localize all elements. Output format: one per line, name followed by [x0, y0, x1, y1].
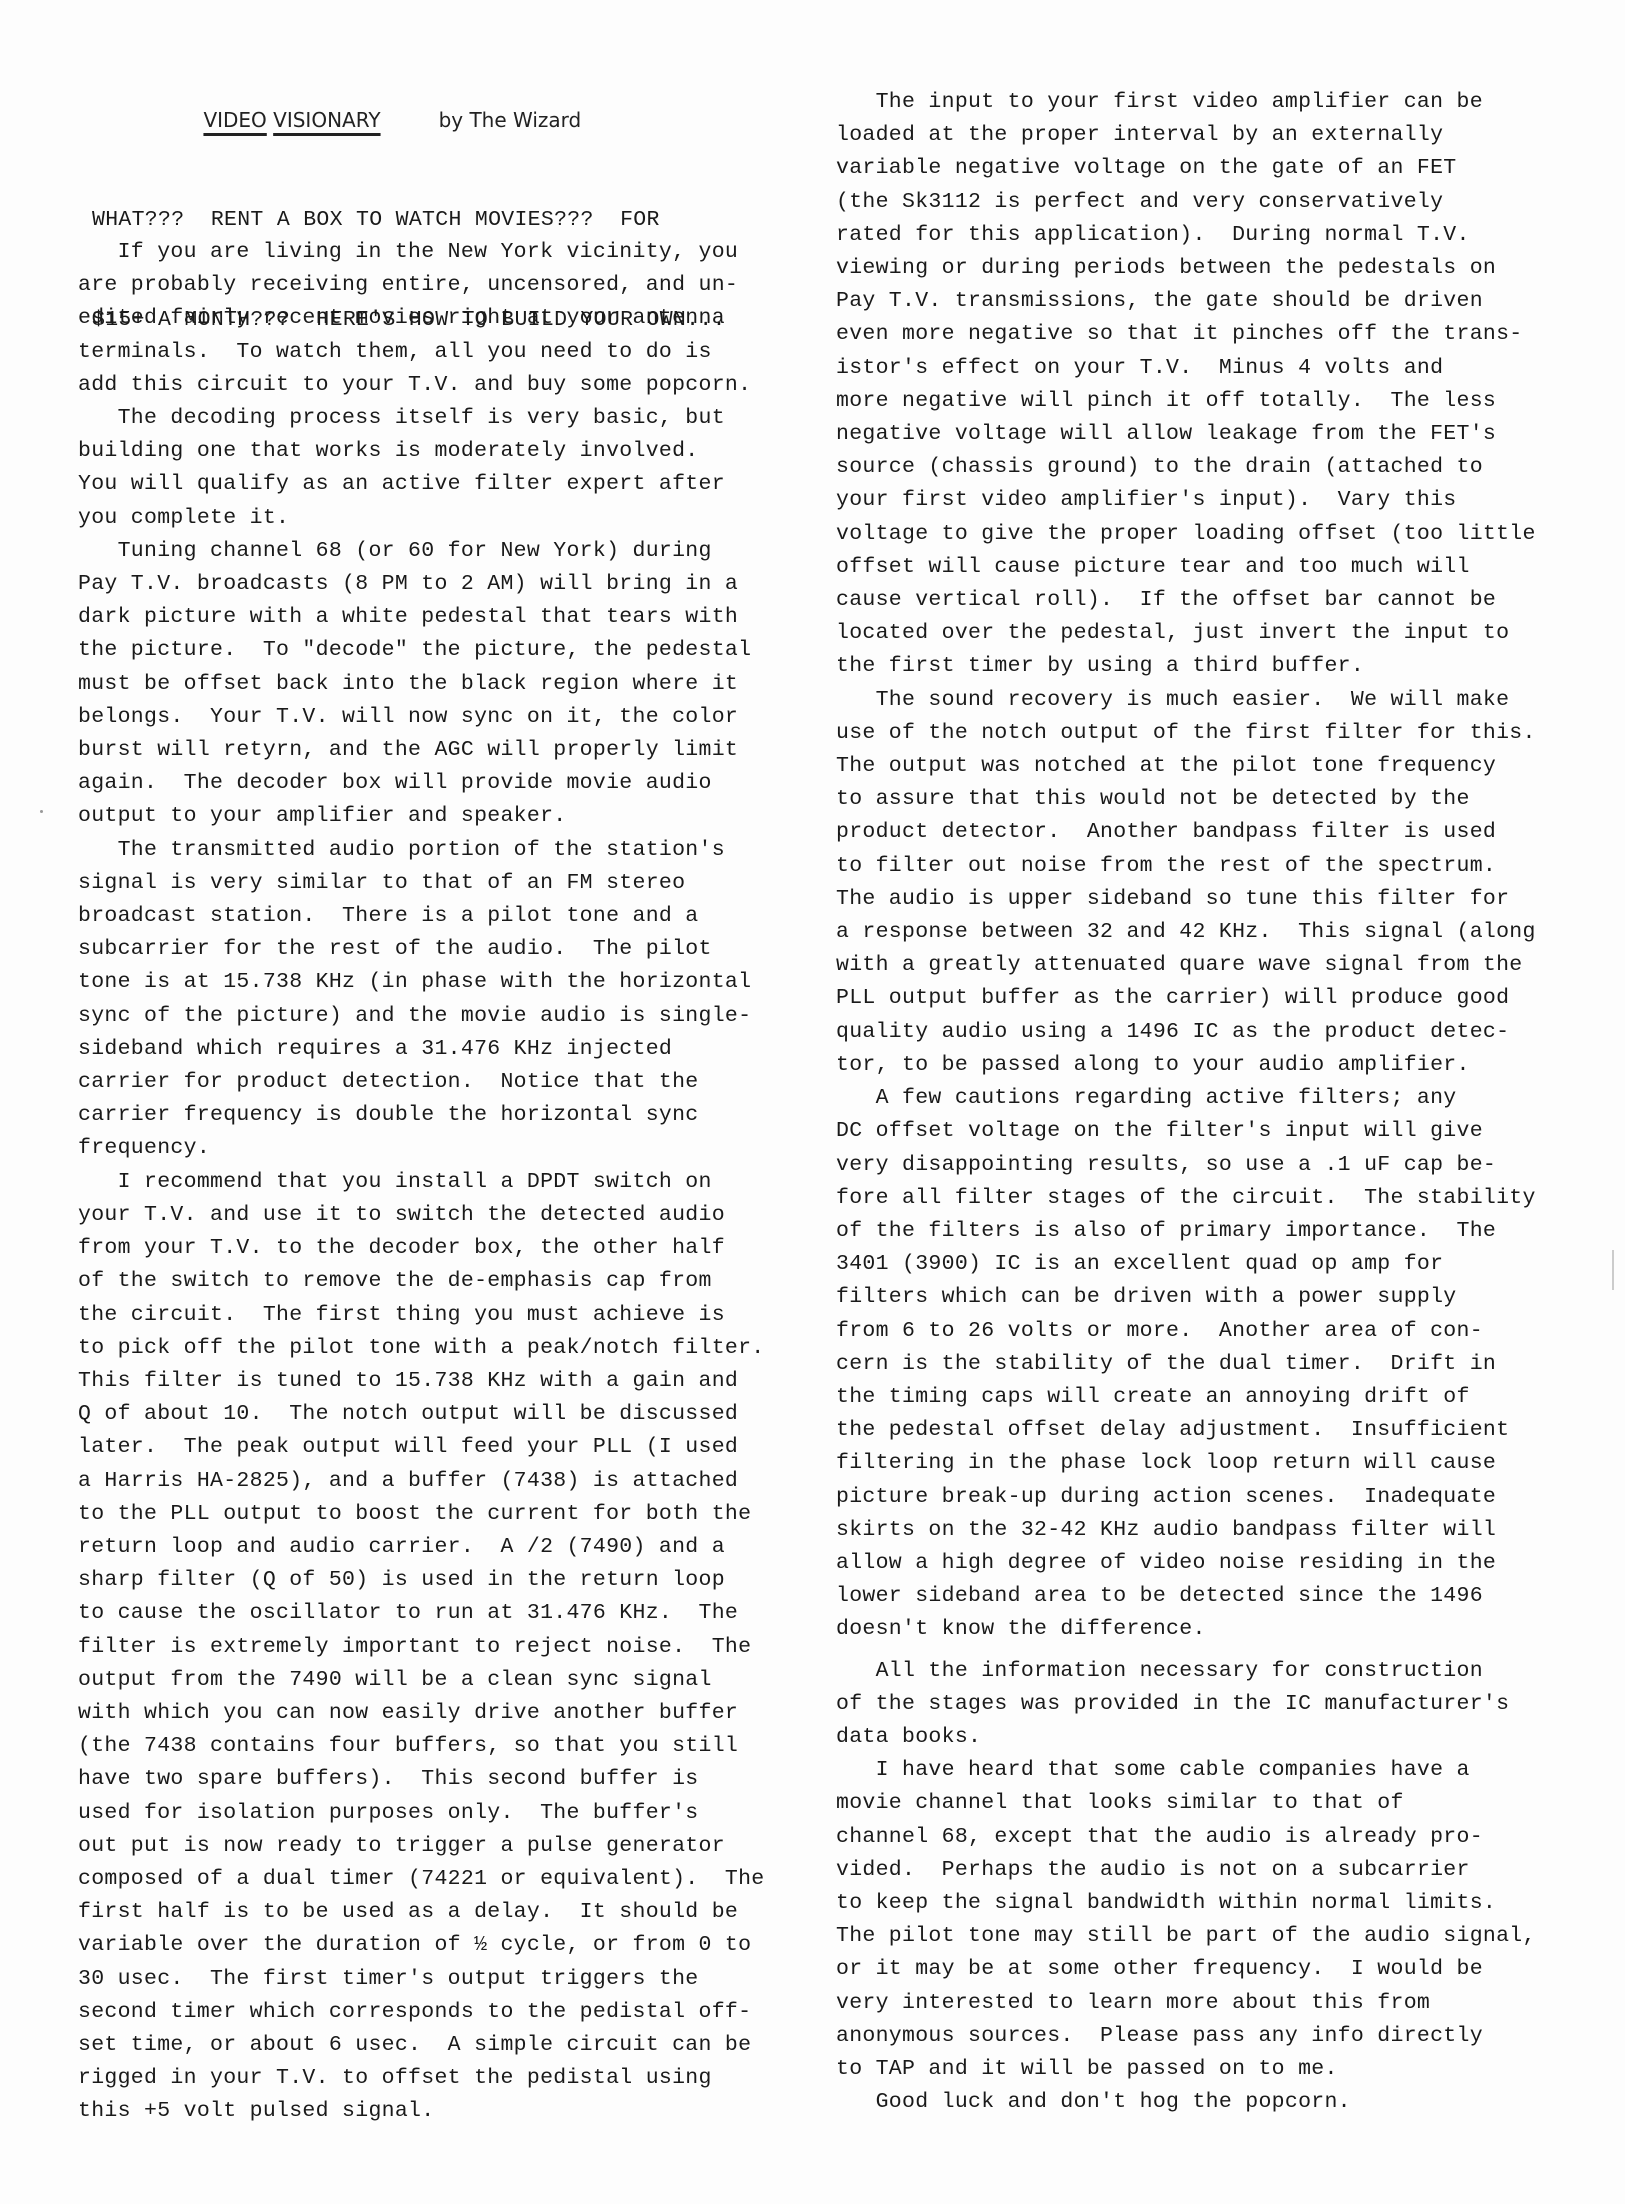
- text-line: second timer which corresponds to the pe…: [78, 1996, 798, 2029]
- text-line: (the 7438 contains four buffers, so that…: [78, 1730, 798, 1763]
- text-line: output from the 7490 will be a clean syn…: [78, 1664, 798, 1697]
- text-line: 3401 (3900) IC is an excellent quad op a…: [836, 1248, 1596, 1281]
- text-line: return loop and audio carrier. A /2 (749…: [78, 1531, 798, 1564]
- text-line: subcarrier for the rest of the audio. Th…: [78, 933, 798, 966]
- scan-speck: [40, 810, 43, 813]
- text-line: of the switch to remove the de-emphasis …: [78, 1265, 798, 1298]
- text-line: out put is now ready to trigger a pulse …: [78, 1830, 798, 1863]
- text-line: even more negative so that it pinches of…: [836, 318, 1596, 351]
- article-title-word-1: VIDEO: [203, 108, 266, 132]
- text-line: The input to your first video amplifier …: [836, 86, 1596, 119]
- text-line: If you are living in the New York vicini…: [78, 236, 798, 269]
- text-line: [836, 1647, 1596, 1655]
- article-byline: by The Wizard: [439, 108, 582, 132]
- text-line: vided. Perhaps the audio is not on a sub…: [836, 1854, 1596, 1887]
- text-line: DC offset voltage on the filter's input …: [836, 1115, 1596, 1148]
- text-line: to pick off the pilot tone with a peak/n…: [78, 1332, 798, 1365]
- text-line: located over the pedestal, just invert t…: [836, 617, 1596, 650]
- text-line: carrier for product detection. Notice th…: [78, 1066, 798, 1099]
- text-line: of the filters is also of primary import…: [836, 1215, 1596, 1248]
- text-line: rigged in your T.V. to offset the pedist…: [78, 2062, 798, 2095]
- text-line: filtering in the phase lock loop return …: [836, 1447, 1596, 1480]
- text-line: The audio is upper sideband so tune this…: [836, 883, 1596, 916]
- text-line: Pay T.V. transmissions, the gate should …: [836, 285, 1596, 318]
- text-line: PLL output buffer as the carrier) will p…: [836, 982, 1596, 1015]
- text-line: The pilot tone may still be part of the …: [836, 1920, 1596, 1953]
- text-line: Pay T.V. broadcasts (8 PM to 2 AM) will …: [78, 568, 798, 601]
- text-line: set time, or about 6 usec. A simple circ…: [78, 2029, 798, 2062]
- text-line: The transmitted audio portion of the sta…: [78, 834, 798, 867]
- text-line: lower sideband area to be detected since…: [836, 1580, 1596, 1613]
- text-line: You will qualify as an active filter exp…: [78, 468, 798, 501]
- text-line: data books.: [836, 1721, 1596, 1754]
- text-line: sharp filter (Q of 50) is used in the re…: [78, 1564, 798, 1597]
- text-line: filter is extremely important to reject …: [78, 1631, 798, 1664]
- text-line: more negative will pinch it off totally.…: [836, 385, 1596, 418]
- text-line: sync of the picture) and the movie audio…: [78, 1000, 798, 1033]
- text-line: quality audio using a 1496 IC as the pro…: [836, 1016, 1596, 1049]
- text-line: sideband which requires a 31.476 KHz inj…: [78, 1033, 798, 1066]
- text-line: first half is to be used as a delay. It …: [78, 1896, 798, 1929]
- text-line: The output was notched at the pilot tone…: [836, 750, 1596, 783]
- text-line: have two spare buffers). This second buf…: [78, 1763, 798, 1796]
- text-line: your first video amplifier's input). Var…: [836, 484, 1596, 517]
- text-line: cern is the stability of the dual timer.…: [836, 1348, 1596, 1381]
- text-line: must be offset back into the black regio…: [78, 668, 798, 701]
- text-line: A few cautions regarding active filters;…: [836, 1082, 1596, 1115]
- text-line: doesn't know the difference.: [836, 1613, 1596, 1646]
- left-column: If you are living in the New York vicini…: [78, 236, 798, 2129]
- text-line: to the PLL output to boost the current f…: [78, 1498, 798, 1531]
- text-line: channel 68, except that the audio is alr…: [836, 1821, 1596, 1854]
- text-line: cause vertical roll). If the offset bar …: [836, 584, 1596, 617]
- text-line: dark picture with a white pedestal that …: [78, 601, 798, 634]
- text-line: frequency.: [78, 1132, 798, 1165]
- right-column: The input to your first video amplifier …: [836, 86, 1596, 2119]
- text-line: istor's effect on your T.V. Minus 4 volt…: [836, 352, 1596, 385]
- text-line: carrier frequency is double the horizont…: [78, 1099, 798, 1132]
- text-line: This filter is tuned to 15.738 KHz with …: [78, 1365, 798, 1398]
- text-line: The sound recovery is much easier. We wi…: [836, 684, 1596, 717]
- text-line: signal is very similar to that of an FM …: [78, 867, 798, 900]
- text-line: picture break-up during action scenes. I…: [836, 1481, 1596, 1514]
- text-line: to keep the signal bandwidth within norm…: [836, 1887, 1596, 1920]
- text-line: the first timer by using a third buffer.: [836, 650, 1596, 683]
- text-line: later. The peak output will feed your PL…: [78, 1431, 798, 1464]
- text-line: viewing or during periods between the pe…: [836, 252, 1596, 285]
- text-line: All the information necessary for constr…: [836, 1655, 1596, 1688]
- text-line: filters which can be driven with a power…: [836, 1281, 1596, 1314]
- text-line: 30 usec. The first timer's output trigge…: [78, 1963, 798, 1996]
- text-line: this +5 volt pulsed signal.: [78, 2095, 798, 2128]
- text-line: very interested to learn more about this…: [836, 1987, 1596, 2020]
- text-line: skirts on the 32-42 KHz audio bandpass f…: [836, 1514, 1596, 1547]
- text-line: loaded at the proper interval by an exte…: [836, 119, 1596, 152]
- text-line: to cause the oscillator to run at 31.476…: [78, 1597, 798, 1630]
- text-line: with a greatly attenuated quare wave sig…: [836, 949, 1596, 982]
- text-line: add this circuit to your T.V. and buy so…: [78, 369, 798, 402]
- text-line: with which you can now easily drive anot…: [78, 1697, 798, 1730]
- text-line: offset will cause picture tear and too m…: [836, 551, 1596, 584]
- text-line: use of the notch output of the first fil…: [836, 717, 1596, 750]
- text-line: Tuning channel 68 (or 60 for New York) d…: [78, 535, 798, 568]
- text-line: rated for this application). During norm…: [836, 219, 1596, 252]
- typewritten-page: VIDEO VISIONARYby The Wizard WHAT??? REN…: [0, 0, 1625, 2204]
- text-line: very disappointing results, so use a .1 …: [836, 1149, 1596, 1182]
- text-line: broadcast station. There is a pilot tone…: [78, 900, 798, 933]
- text-line: negative voltage will allow leakage from…: [836, 418, 1596, 451]
- text-line: tor, to be passed along to your audio am…: [836, 1049, 1596, 1082]
- text-line: to assure that this would not be detecte…: [836, 783, 1596, 816]
- text-line: burst will retyrn, and the AGC will prop…: [78, 734, 798, 767]
- text-line: edited fairly recent movies right at you…: [78, 302, 798, 335]
- text-line: terminals. To watch them, all you need t…: [78, 336, 798, 369]
- text-line: fore all filter stages of the circuit. T…: [836, 1182, 1596, 1215]
- text-line: the circuit. The first thing you must ac…: [78, 1299, 798, 1332]
- text-line: the timing caps will create an annoying …: [836, 1381, 1596, 1414]
- text-line: the pedestal offset delay adjustment. In…: [836, 1414, 1596, 1447]
- text-line: source (chassis ground) to the drain (at…: [836, 451, 1596, 484]
- text-line: variable negative voltage on the gate of…: [836, 152, 1596, 185]
- text-line: Good luck and don't hog the popcorn.: [836, 2086, 1596, 2119]
- text-line: a response between 32 and 42 KHz. This s…: [836, 916, 1596, 949]
- text-line: I recommend that you install a DPDT swit…: [78, 1166, 798, 1199]
- text-line: or it may be at some other frequency. I …: [836, 1953, 1596, 1986]
- text-line: allow a high degree of video noise resid…: [836, 1547, 1596, 1580]
- text-line: voltage to give the proper loading offse…: [836, 518, 1596, 551]
- text-line: variable over the duration of ½ cycle, o…: [78, 1929, 798, 1962]
- text-line: anonymous sources. Please pass any info …: [836, 2020, 1596, 2053]
- text-line: to TAP and it will be passed on to me.: [836, 2053, 1596, 2086]
- article-title-word-2: VISIONARY: [273, 108, 380, 132]
- text-line: from your T.V. to the decoder box, the o…: [78, 1232, 798, 1265]
- text-line: the picture. To "decode" the picture, th…: [78, 634, 798, 667]
- text-line: your T.V. and use it to switch the detec…: [78, 1199, 798, 1232]
- text-line: used for isolation purposes only. The bu…: [78, 1797, 798, 1830]
- text-line: are probably receiving entire, uncensore…: [78, 269, 798, 302]
- kicker-line: WHAT??? RENT A BOX TO WATCH MOVIES??? FO…: [92, 204, 726, 237]
- text-line: tone is at 15.738 KHz (in phase with the…: [78, 966, 798, 999]
- text-line: movie channel that looks similar to that…: [836, 1787, 1596, 1820]
- text-line: building one that works is moderately in…: [78, 435, 798, 468]
- text-line: of the stages was provided in the IC man…: [836, 1688, 1596, 1721]
- text-line: from 6 to 26 volts or more. Another area…: [836, 1315, 1596, 1348]
- text-line: The decoding process itself is very basi…: [78, 402, 798, 435]
- text-line: again. The decoder box will provide movi…: [78, 767, 798, 800]
- text-line: (the Sk3112 is perfect and very conserva…: [836, 186, 1596, 219]
- text-line: you complete it.: [78, 502, 798, 535]
- text-line: composed of a dual timer (74221 or equiv…: [78, 1863, 798, 1896]
- text-line: a Harris HA-2825), and a buffer (7438) i…: [78, 1465, 798, 1498]
- text-line: output to your amplifier and speaker.: [78, 800, 798, 833]
- text-line: to filter out noise from the rest of the…: [836, 850, 1596, 883]
- text-line: belongs. Your T.V. will now sync on it, …: [78, 701, 798, 734]
- text-line: I have heard that some cable companies h…: [836, 1754, 1596, 1787]
- text-line: product detector. Another bandpass filte…: [836, 816, 1596, 849]
- scan-edge-mark: [1612, 1250, 1614, 1290]
- text-line: Q of about 10. The notch output will be …: [78, 1398, 798, 1431]
